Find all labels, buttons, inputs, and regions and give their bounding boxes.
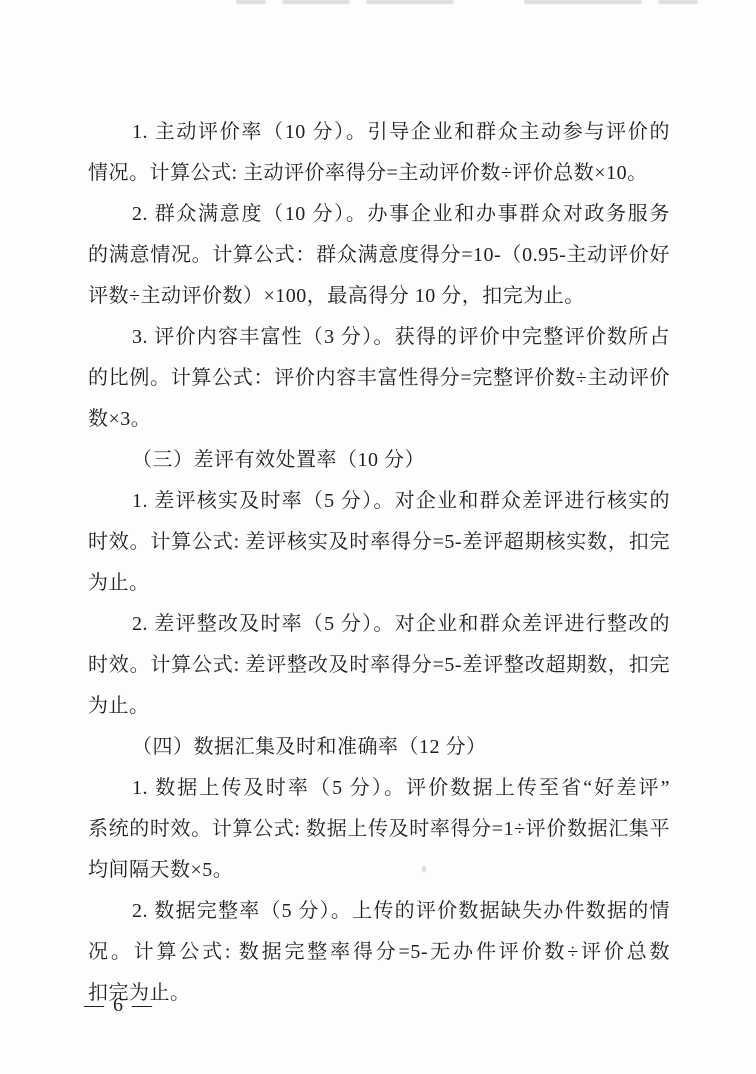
text-line-upload-formula-a: 系统的时效。计算公式: 数据上传及时率得分=1÷评价数据汇集平 [88, 809, 670, 850]
text-line-item3-formula-b: 数×3。 [88, 399, 670, 440]
section-heading-4-data-collection: （四）数据汇集及时和准确率（12 分） [88, 727, 670, 768]
text-line-item2-formula-a: 的满意情况。计算公式：群众满意度得分=10-（0.95-主动评价好 [88, 235, 670, 276]
document-body: 1. 主动评价率（10 分）。引导企业和群众主动参与评价的 情况。计算公式: 主… [88, 112, 670, 1014]
text-line-upload-timeliness: 1. 数据上传及时率（5 分）。评价数据上传至省“好差评” [88, 768, 670, 809]
text-line-upload-formula-b: 均间隔天数×5。 [88, 850, 670, 891]
scan-artifact [658, 0, 698, 4]
text-line-completeness-formula: 况。计算公式: 数据完整率得分=5-无办件评价数÷评价总数×100， [88, 932, 670, 973]
text-line-item3-richness: 3. 评价内容丰富性（3 分）。获得的评价中完整评价数所占 [88, 317, 670, 358]
text-line-verify-formula: 时效。计算公式: 差评核实及时率得分=5-差评超期核实数，扣完 [88, 522, 670, 563]
text-line-item3-formula-a: 的比例。计算公式：评价内容丰富性得分=完整评价数÷主动评价 [88, 358, 670, 399]
text-line-completeness: 2. 数据完整率（5 分）。上传的评价数据缺失办件数据的情 [88, 891, 670, 932]
text-line-item1-formula: 情况。计算公式: 主动评价率得分=主动评价数÷评价总数×10。 [88, 153, 670, 194]
text-line-rectify-formula: 时效。计算公式: 差评整改及时率得分=5-差评整改超期数，扣完 [88, 645, 670, 686]
scan-artifact [366, 0, 454, 4]
text-line-completeness-end: 扣完为止。 [88, 973, 670, 1014]
text-line-rectify-timeliness: 2. 差评整改及时率（5 分）。对企业和群众差评进行整改的 [88, 604, 670, 645]
page-number: — 6 — [84, 994, 154, 1017]
section-heading-3-bad-review-handling: （三）差评有效处置率（10 分） [88, 440, 670, 481]
scan-artifact [524, 0, 642, 4]
text-line-verify-end: 为止。 [88, 563, 670, 604]
text-line-rectify-end: 为止。 [88, 686, 670, 727]
document-page: 1. 主动评价率（10 分）。引导企业和群众主动参与评价的 情况。计算公式: 主… [0, 0, 756, 1074]
text-line-verify-timeliness: 1. 差评核实及时率（5 分）。对企业和群众差评进行核实的 [88, 481, 670, 522]
scan-artifact [236, 0, 266, 4]
scan-artifact [282, 0, 350, 4]
text-line-item2-formula-b: 评数÷主动评价数）×100，最高得分 10 分，扣完为止。 [88, 276, 670, 317]
text-line-item2-satisfaction: 2. 群众满意度（10 分）。办事企业和办事群众对政务服务 [88, 194, 670, 235]
text-line-item1-active-eval-rate: 1. 主动评价率（10 分）。引导企业和群众主动参与评价的 [88, 112, 670, 153]
